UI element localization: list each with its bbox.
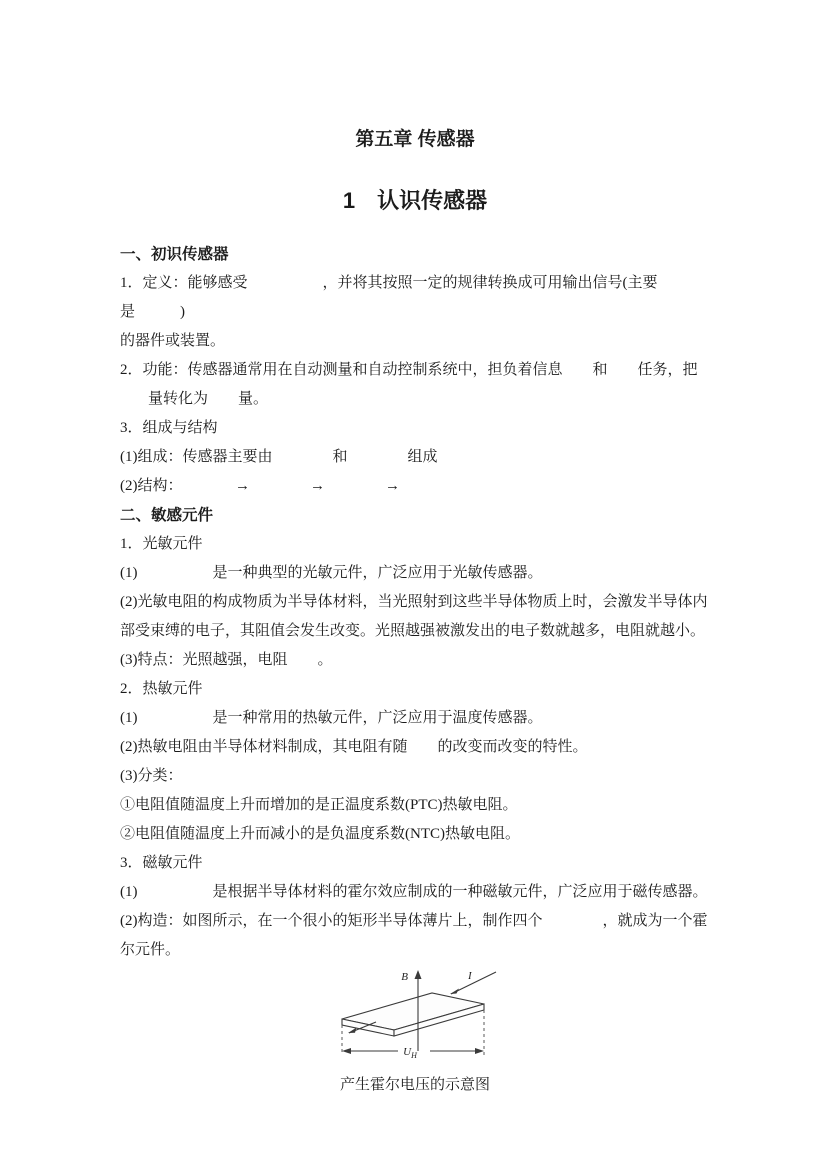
doc-line: 1．光敏元件 [120,530,710,559]
section-heading-1: 一、初识传感器 [120,240,710,269]
doc-line: 尔元件。 [120,936,710,965]
doc-line: (1) 是根据半导体材料的霍尔效应制成的一种磁敏元件，广泛应用于磁传感器。 [120,878,710,907]
doc-line: 3．组成与结构 [120,414,710,443]
b-field-arrowhead [415,970,422,979]
uh-arrowhead-left [342,1048,351,1054]
doc-line: (1) 是一种常用的热敏元件，广泛应用于温度传感器。 [120,704,710,733]
doc-line: (3)分类： [120,762,710,791]
doc-line: 1．定义：能够感受 ，并将其按照一定的规律转换成可用输出信号(主要是 ) [120,269,710,327]
doc-line: (2)热敏电阻由半导体材料制成，其电阻有随 的改变而改变的特性。 [120,733,710,762]
doc-line: 3．磁敏元件 [120,849,710,878]
doc-line: ①电阻值随温度上升而增加的是正温度系数(PTC)热敏电阻。 [120,791,710,820]
hall-element-diagram: B I UH [330,967,500,1063]
chapter-title: 第五章 传感器 [120,128,710,151]
doc-line: (3)特点：光照越强，电阻 。 [120,646,710,675]
doc-line: (2)结构： → → → [120,472,710,501]
current-label: I [467,970,473,982]
doc-line: (1) 是一种典型的光敏元件，广泛应用于光敏传感器。 [120,559,710,588]
doc-line: 2．热敏元件 [120,675,710,704]
doc-line: ②电阻值随温度上升而减小的是负温度系数(NTC)热敏电阻。 [120,820,710,849]
figure-caption: 产生霍尔电压的示意图 [120,1074,710,1096]
doc-line: (2)构造：如图所示，在一个很小的矩形半导体薄片上，制作四个 ，就成为一个霍 [120,907,710,936]
hall-voltage-label: UH [403,1046,418,1060]
doc-line: (1)组成：传感器主要由 和 组成 [120,443,710,472]
uh-arrowhead-right [475,1048,484,1054]
doc-line: 2．功能：传感器通常用在自动测量和自动控制系统中，担负着信息 和 任务，把 [120,356,710,385]
document-page: 第五章 传感器 1 认识传感器 一、初识传感器 1．定义：能够感受 ，并将其按照… [0,0,827,1169]
b-field-label: B [401,971,408,983]
hall-voltage-figure: B I UH [120,967,710,1068]
section-heading-2: 二、敏感元件 [120,501,710,530]
doc-line: 的器件或装置。 [120,327,710,356]
doc-line: 部受束缚的电子，其阻值会发生改变。光照越强被激发出的电子数就越多，电阻就越小。 [120,617,710,646]
doc-line: 量转化为 量。 [120,385,710,414]
lesson-title: 1 认识传感器 [120,187,710,214]
doc-line: (2)光敏电阻的构成物质为半导体材料，当光照射到这些半导体物质上时，会激发半导体… [120,588,710,617]
